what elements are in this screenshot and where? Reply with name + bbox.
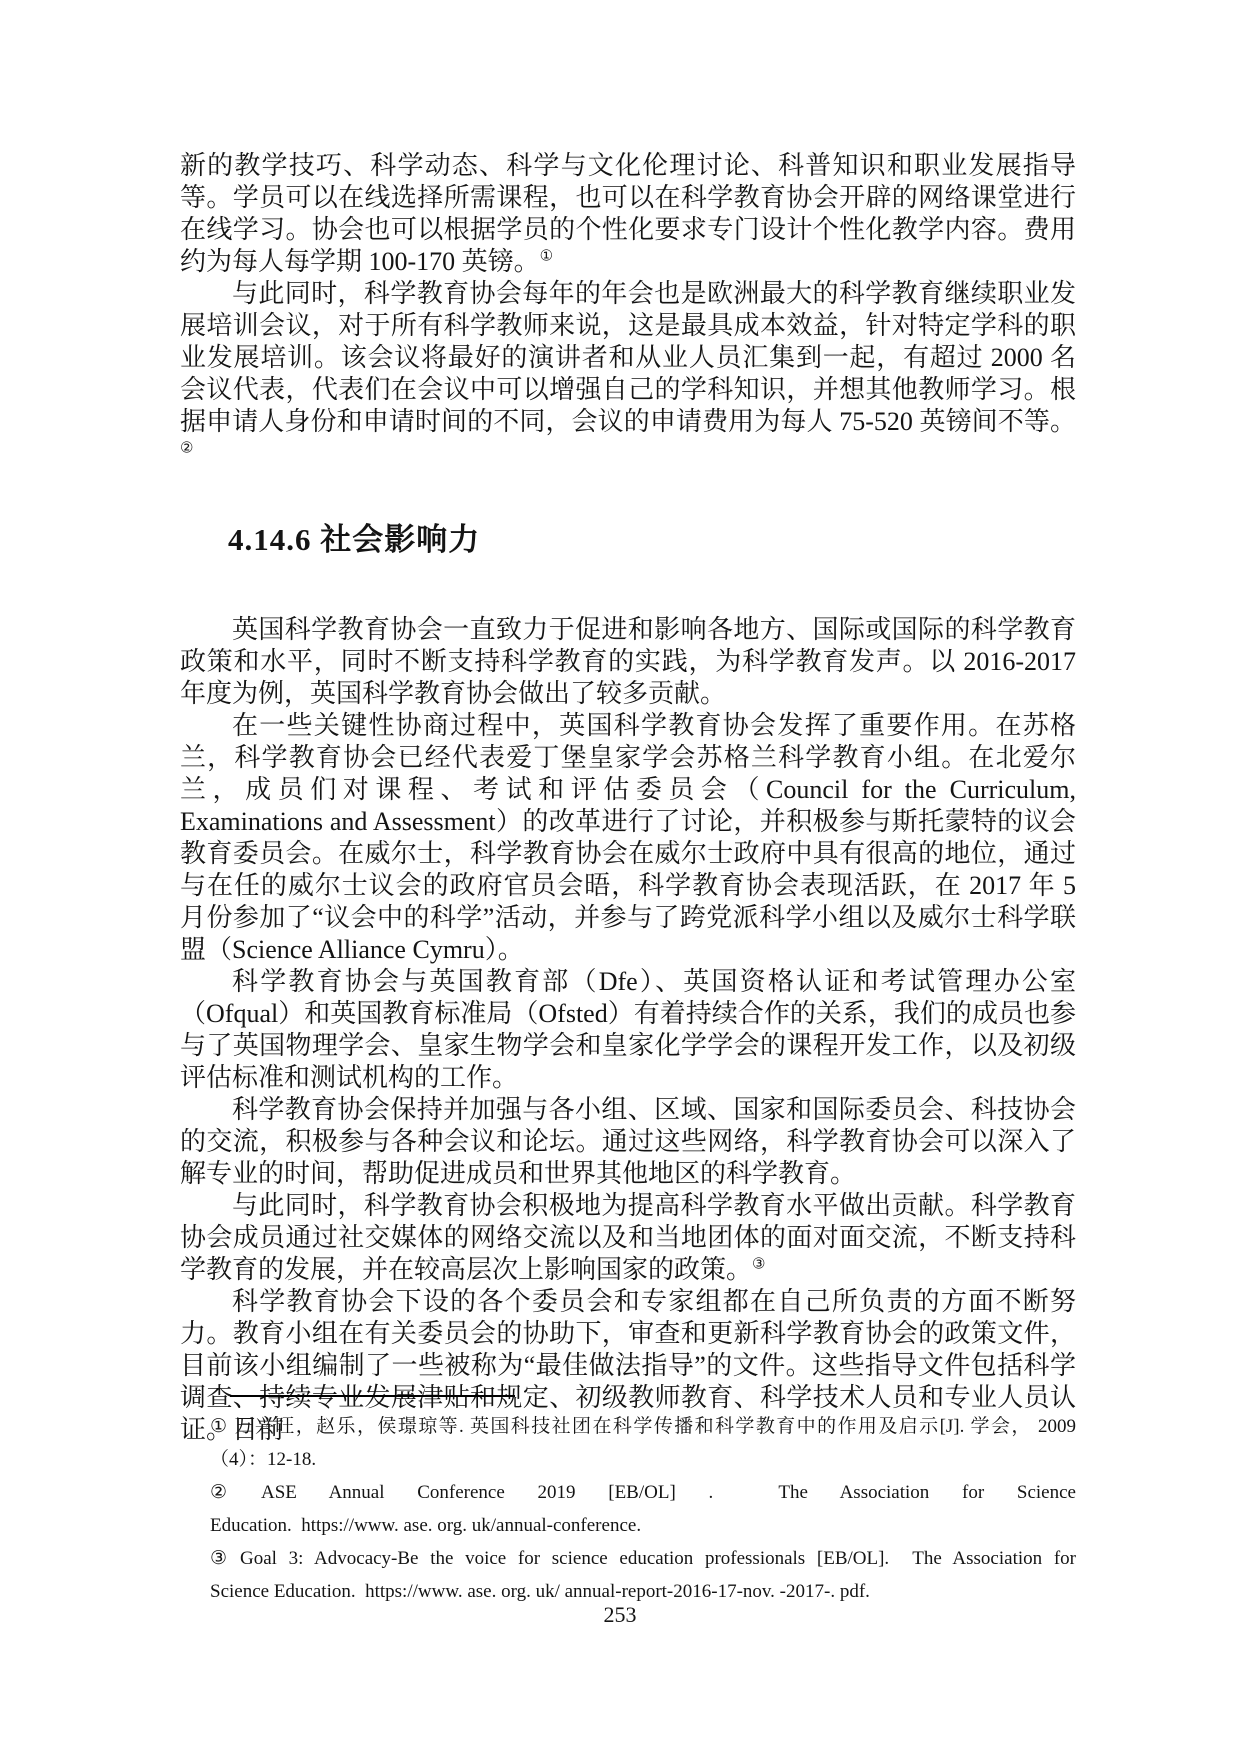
body-paragraph: 科学教育协会保持并加强与各小组、区域、国家和国际委员会、科技协会的交流，积极参与… bbox=[180, 1094, 1076, 1190]
main-text-block: 新的教学技巧、科学动态、科学与文化伦理讨论、科普知识和职业发展指导等。学员可以在… bbox=[180, 150, 1076, 1446]
body-paragraph: 在一些关键性协商过程中，英国科学教育协会发挥了重要作用。在苏格兰，科学教育协会已… bbox=[180, 710, 1076, 966]
paragraph-text: 与此同时，科学教育协会每年的年会也是欧洲最大的科学教育继续职业发展培训会议，对于… bbox=[180, 279, 1076, 436]
footnote: ①万兴旺，赵乐，侯璟琼等. 英国科技社团在科学传播和科学教育中的作用及启示[J]… bbox=[210, 1410, 1076, 1476]
footnote-list: ①万兴旺，赵乐，侯璟琼等. 英国科技社团在科学传播和科学教育中的作用及启示[J]… bbox=[180, 1410, 1076, 1608]
footnote-marker: ① bbox=[210, 1416, 228, 1437]
body-paragraph: 英国科学教育协会一直致力于促进和影响各地方、国际或国际的科学教育政策和水平，同时… bbox=[180, 614, 1076, 710]
paragraph-text: 科学教育协会保持并加强与各小组、区域、国家和国际委员会、科技协会的交流，积极参与… bbox=[180, 1095, 1076, 1188]
footnote-line: （4）：12-18. bbox=[210, 1443, 1076, 1476]
body-paragraph: 新的教学技巧、科学动态、科学与文化伦理讨论、科普知识和职业发展指导等。学员可以在… bbox=[180, 150, 1076, 278]
paragraph-text: 新的教学技巧、科学动态、科学与文化伦理讨论、科普知识和职业发展指导等。学员可以在… bbox=[180, 151, 1076, 276]
paragraph-text: 与此同时，科学教育协会积极地为提高科学教育水平做出贡献。科学教育协会成员通过社交… bbox=[180, 1191, 1076, 1284]
footnote-marker: ② bbox=[210, 1482, 255, 1503]
footnote-text: Goal 3: Advocacy-Be the voice for scienc… bbox=[240, 1548, 1076, 1569]
section-heading: 4.14.6 社会影响力 bbox=[228, 520, 1076, 560]
footnote: ③Goal 3: Advocacy-Be the voice for scien… bbox=[210, 1542, 1076, 1608]
body-paragraph: 与此同时，科学教育协会每年的年会也是欧洲最大的科学教育继续职业发展培训会议，对于… bbox=[180, 278, 1076, 470]
footnote-separator bbox=[230, 1395, 515, 1397]
body-paragraph: 科学教育协会与英国教育部（Dfe）、英国资格认证和考试管理办公室（Ofqual）… bbox=[180, 966, 1076, 1094]
footnote-line: ③Goal 3: Advocacy-Be the voice for scien… bbox=[210, 1542, 1076, 1575]
footnote-text: 万兴旺，赵乐，侯璟琼等. 英国科技社团在科学传播和科学教育中的作用及启示[J].… bbox=[234, 1416, 1076, 1437]
footnote-marker: ③ bbox=[210, 1548, 234, 1569]
footnote-ref: ① bbox=[540, 248, 553, 264]
paragraph-text: 英国科学教育协会一直致力于促进和影响各地方、国际或国际的科学教育政策和水平，同时… bbox=[180, 615, 1076, 708]
footnote-text: ASE Annual Conference 2019 [EB/OL] . The… bbox=[261, 1482, 1076, 1503]
body-paragraph: 与此同时，科学教育协会积极地为提高科学教育水平做出贡献。科学教育协会成员通过社交… bbox=[180, 1190, 1076, 1286]
paragraph-text: 科学教育协会与英国教育部（Dfe）、英国资格认证和考试管理办公室（Ofqual）… bbox=[180, 967, 1076, 1092]
footnote-line: Education. https://www. ase. org. uk/ann… bbox=[210, 1509, 1076, 1542]
footnote-ref: ③ bbox=[752, 1256, 765, 1272]
paragraph-text: 在一些关键性协商过程中，英国科学教育协会发挥了重要作用。在苏格兰，科学教育协会已… bbox=[180, 711, 1076, 964]
page-number: 253 bbox=[0, 1600, 1240, 1630]
footnote-line: ①万兴旺，赵乐，侯璟琼等. 英国科技社团在科学传播和科学教育中的作用及启示[J]… bbox=[210, 1410, 1076, 1443]
footnote-ref: ② bbox=[180, 440, 193, 456]
footnote: ②ASE Annual Conference 2019 [EB/OL] . Th… bbox=[210, 1476, 1076, 1542]
footnotes-section: ①万兴旺，赵乐，侯璟琼等. 英国科技社团在科学传播和科学教育中的作用及启示[J]… bbox=[180, 1392, 1076, 1608]
footnote-line: ②ASE Annual Conference 2019 [EB/OL] . Th… bbox=[210, 1476, 1076, 1509]
document-page: 新的教学技巧、科学动态、科学与文化伦理讨论、科普知识和职业发展指导等。学员可以在… bbox=[0, 0, 1240, 1753]
